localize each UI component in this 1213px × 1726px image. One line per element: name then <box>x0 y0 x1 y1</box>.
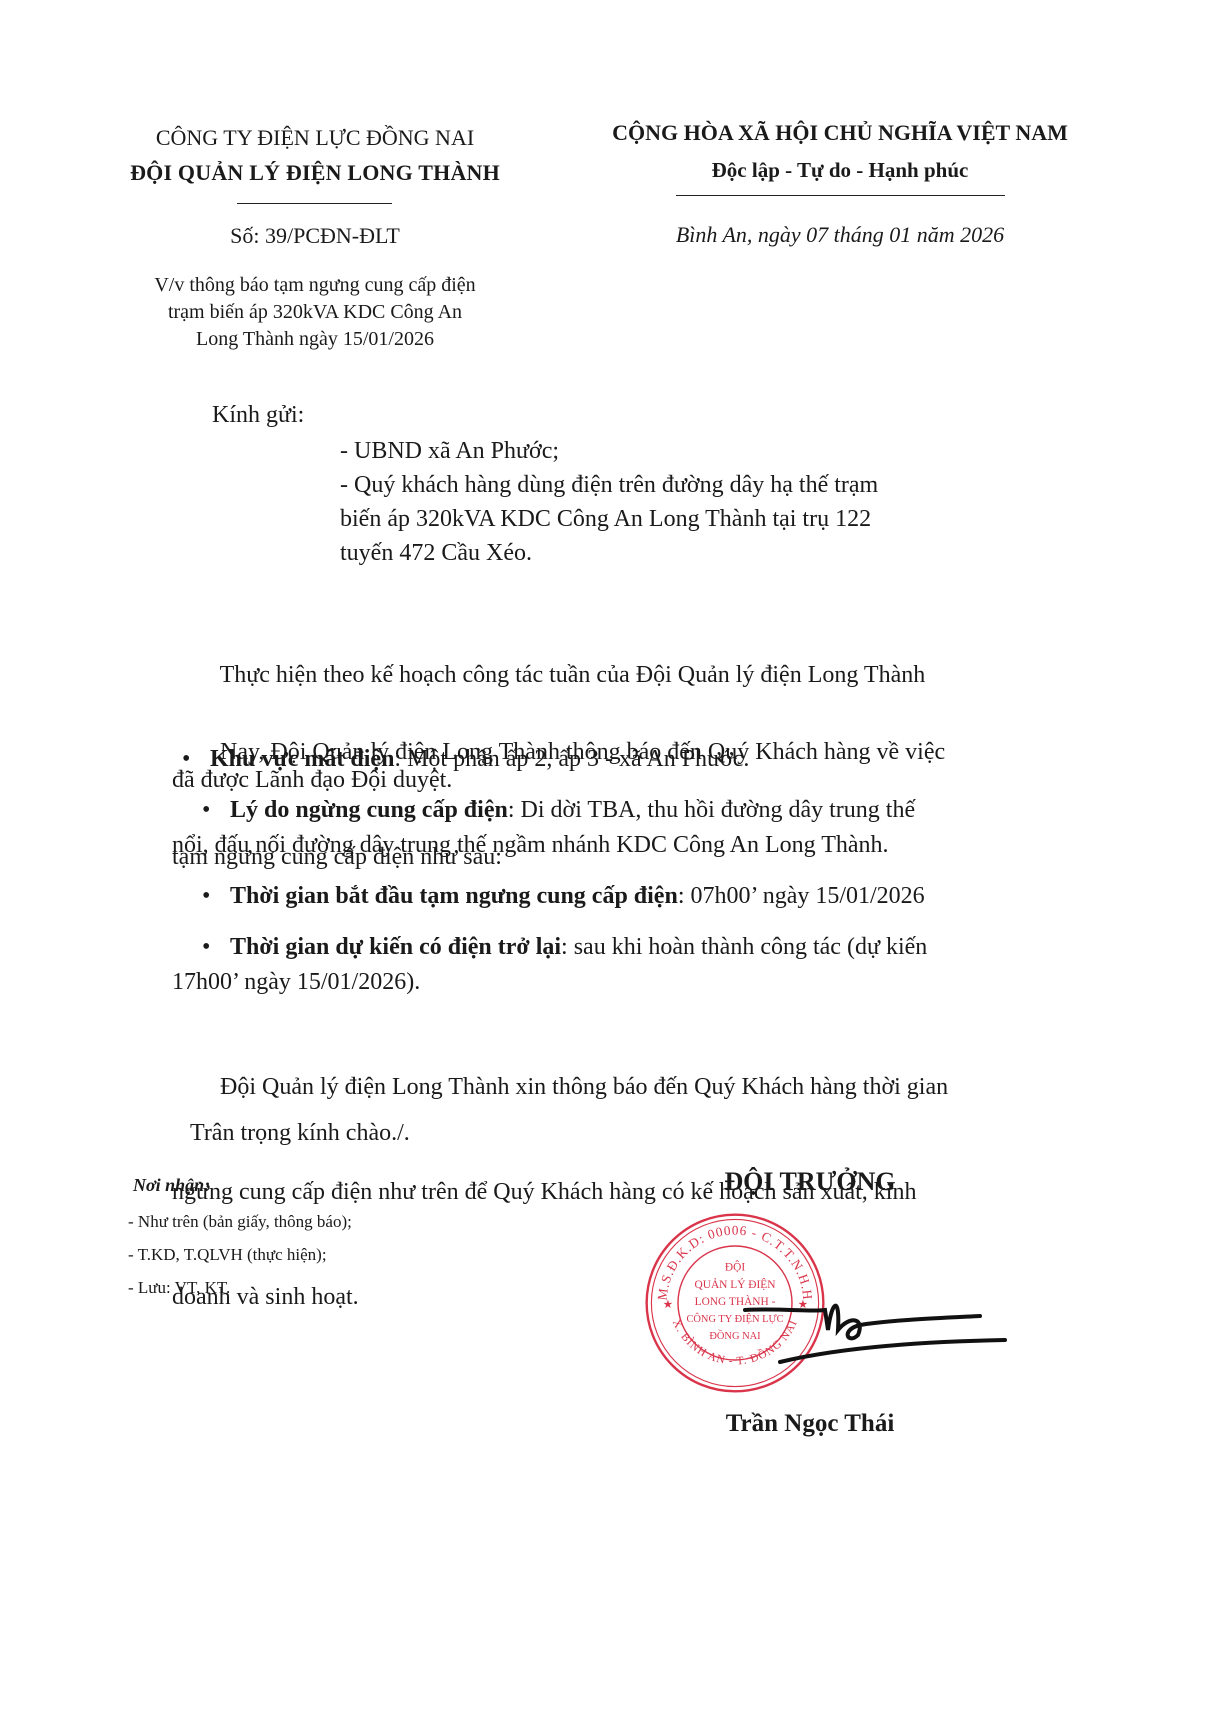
cc-item: - T.KD, T.QLVH (thực hiện); <box>128 1238 352 1271</box>
national-title: CỘNG HÒA XÃ HỘI CHỦ NGHĨA VIỆT NAM <box>560 120 1120 146</box>
cc-list: - Như trên (bản giấy, thông báo); - T.KD… <box>128 1205 352 1304</box>
detail-text: : Di dời TBA, thu hồi đường dây trung th… <box>508 797 915 823</box>
place-and-date: Bình An, ngày 07 tháng 01 năm 2026 <box>560 222 1120 248</box>
bullet-icon: • <box>172 930 230 965</box>
detail-text: : Một phần ấp 2, ấp 3 - xã An Phước. <box>394 746 749 772</box>
national-motto: Độc lập - Tự do - Hạnh phúc <box>560 158 1120 183</box>
detail-continuation: nổi, đấu nối đường dây trung thế ngầm nh… <box>172 828 1092 863</box>
detail-label: Khu vực mất điện <box>210 746 394 772</box>
cc-item: - Như trên (bản giấy, thông báo); <box>128 1205 352 1238</box>
svg-text:ĐỘI: ĐỘI <box>725 1262 745 1274</box>
outage-reason: •Lý do ngừng cung cấp điện: Di dời TBA, … <box>172 793 1092 863</box>
document-subject: V/v thông báo tạm ngưng cung cấp điện tr… <box>95 272 535 353</box>
recipient-line: tuyến 472 Cầu Xéo. <box>340 536 1100 570</box>
svg-text:★: ★ <box>663 1299 673 1311</box>
detail-continuation: 17h00’ ngày 15/01/2026). <box>172 965 1092 1000</box>
recipient-line: - UBND xã An Phước; <box>340 434 1100 468</box>
detail-label: Thời gian dự kiến có điện trở lại <box>230 934 561 960</box>
recipient-line: - Quý khách hàng dùng điện trên đường dâ… <box>340 468 1100 502</box>
detail-label: Lý do ngừng cung cấp điện <box>230 797 508 823</box>
outage-restore-time: •Thời gian dự kiến có điện trở lại: sau … <box>172 930 1092 1000</box>
detail-text: : 07h00’ ngày 15/01/2026 <box>678 883 925 909</box>
outage-details: •Khu vực mất điện: Một phần ấp 2, ấp 3 -… <box>172 742 1092 1016</box>
subject-line: trạm biến áp 320kVA KDC Công An <box>95 299 535 326</box>
outage-start-time: •Thời gian bắt đầu tạm ngưng cung cấp đi… <box>172 879 1092 914</box>
detail-text: : sau khi hoàn thành công tác (dự kiến <box>561 934 927 960</box>
org-parent-name: CÔNG TY ĐIỆN LỰC ĐỒNG NAI <box>95 125 535 151</box>
recipient-list: - UBND xã An Phước; - Quý khách hàng dùn… <box>340 434 1100 570</box>
greeting: Kính gửi: <box>212 398 304 433</box>
detail-label: Thời gian bắt đầu tạm ngưng cung cấp điệ… <box>230 883 678 909</box>
paragraph-line: Đội Quản lý điện Long Thành xin thông bá… <box>172 1070 1092 1105</box>
subject-line: Long Thành ngày 15/01/2026 <box>95 326 535 353</box>
subject-line: V/v thông báo tạm ngưng cung cấp điện <box>95 272 535 299</box>
signatory-title: ĐỘI TRƯỞNG <box>640 1167 980 1197</box>
outage-area: •Khu vực mất điện: Một phần ấp 2, ấp 3 -… <box>172 742 1092 777</box>
bullet-icon: • <box>172 742 210 777</box>
bullet-icon: • <box>172 793 230 828</box>
motto-underline <box>676 195 1005 196</box>
handwritten-signature-icon <box>740 1290 1010 1370</box>
document-number: Số: 39/PCĐN-ĐLT <box>95 223 535 249</box>
org-underline <box>237 203 392 204</box>
cc-title: Nơi nhận: <box>133 1175 210 1196</box>
svg-text:QUẢN LÝ ĐIỆN: QUẢN LÝ ĐIỆN <box>695 1279 776 1291</box>
bullet-icon: • <box>172 879 230 914</box>
signer-name: Trần Ngọc Thái <box>640 1410 980 1438</box>
recipient-line: biến áp 320kVA KDC Công An Long Thành tạ… <box>340 502 1100 536</box>
cc-item: - Lưu: VT, KT. <box>128 1271 352 1304</box>
closing-salutation: Trân trọng kính chào./. <box>190 1120 410 1147</box>
org-name: ĐỘI QUẢN LÝ ĐIỆN LONG THÀNH <box>80 160 550 186</box>
